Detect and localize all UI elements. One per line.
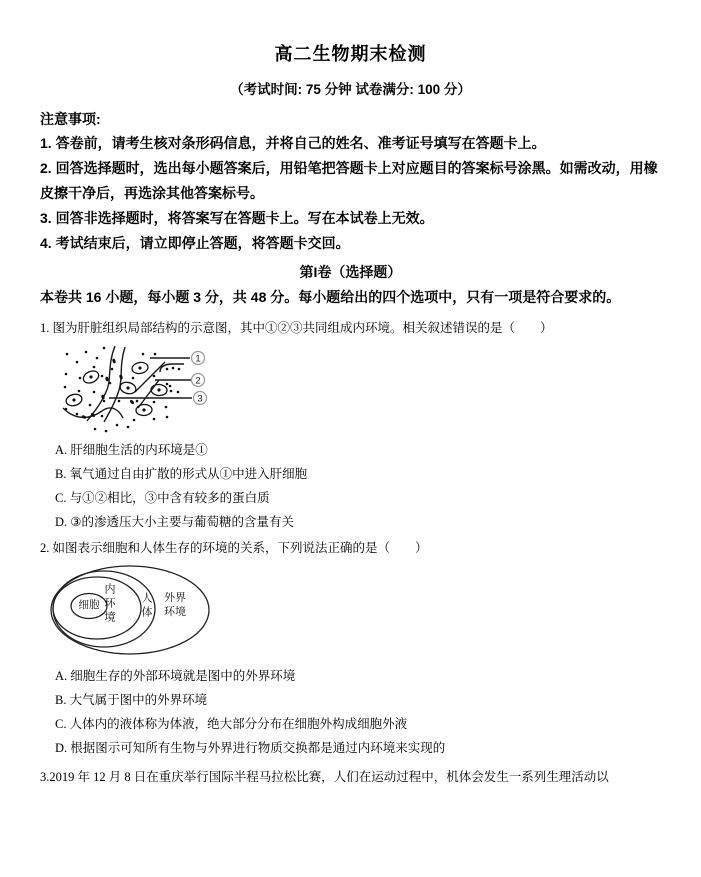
question-1-stem: 1. 图为肝脏组织局部结构的示意图，其中①②③共同组成内环境。相关叙述错误的是（… — [40, 318, 661, 338]
callout-3: 3 — [194, 392, 207, 405]
notice-heading: 注意事项: — [40, 108, 661, 131]
exam-title: 高二生物期末检测 — [40, 44, 661, 64]
question-2-option-d: D. 根据图示可知所有生物与外界进行物质交换都是通过内环境来实现的 — [55, 736, 661, 760]
exam-page: 高二生物期末检测 （考试时间: 75 分钟 试卷满分: 100 分） 注意事项:… — [0, 0, 701, 877]
liver-tissue-diagram: 1 2 3 — [52, 344, 212, 436]
callout-2: 2 — [192, 374, 205, 387]
question-1-option-a: A. 肝细胞生活的内环境是① — [55, 438, 661, 462]
question-2: 2. 如图表示细胞和人体生存的环境的关系，下列说法正确的是（ ） 细胞 内环境 … — [40, 538, 661, 760]
callout-1: 1 — [192, 352, 205, 365]
exam-info: （考试时间: 75 分钟 试卷满分: 100 分） — [40, 81, 661, 99]
question-2-option-a: A. 细胞生存的外部环境就是图中的外界环境 — [55, 664, 661, 688]
callout-2-number: 2 — [195, 375, 200, 386]
question-1-figure: 1 2 3 — [52, 344, 212, 436]
question-3-stem: 3.2019 年 12 月 8 日在重庆举行国际半程马拉松比赛，人们在运动过程中… — [40, 767, 661, 787]
notice-item-3: 3. 回答非选择题时，将答案写在答题卡上。写在本试卷上无效。 — [40, 206, 661, 231]
section-intro: 本卷共 16 小题，每小题 3 分，共 48 分。每小题给出的四个选项中，只有一… — [40, 285, 661, 310]
question-1-option-d: D. ③的渗透压大小主要与葡萄糖的含量有关 — [55, 510, 661, 534]
question-2-options: A. 细胞生存的外部环境就是图中的外界环境 B. 大气属于图中的外界环境 C. … — [40, 664, 661, 760]
notice-section: 注意事项: 1. 答卷前，请考生核对条形码信息，并将自己的姓名、准考证号填写在答… — [40, 108, 661, 256]
question-2-option-c: C. 人体内的液体称为体液，绝大部分分布在细胞外构成细胞外液 — [55, 712, 661, 736]
question-2-option-b: B. 大气属于图中的外界环境 — [55, 688, 661, 712]
question-1: 1. 图为肝脏组织局部结构的示意图，其中①②③共同组成内环境。相关叙述错误的是（… — [40, 318, 661, 534]
notice-item-1: 1. 答卷前，请考生核对条形码信息，并将自己的姓名、准考证号填写在答题卡上。 — [40, 131, 661, 156]
question-1-option-c: C. 与①②相比，③中含有较多的蛋白质 — [55, 486, 661, 510]
question-1-options: A. 肝细胞生活的内环境是① B. 氧气通过自由扩散的形式从①中进入肝细胞 C.… — [40, 438, 661, 534]
notice-item-4: 4. 考试结束后，请立即停止答题，将答题卡交回。 — [40, 231, 661, 256]
question-1-option-b: B. 氧气通过自由扩散的形式从①中进入肝细胞 — [55, 462, 661, 486]
callout-3-number: 3 — [197, 393, 202, 404]
question-2-stem: 2. 如图表示细胞和人体生存的环境的关系，下列说法正确的是（ ） — [40, 538, 661, 558]
question-2-figure: 细胞 内环境 人体 外界环境 — [45, 562, 215, 656]
external-environment-label: 外界环境 — [164, 591, 190, 619]
internal-environment-label: 内环境 — [102, 583, 116, 635]
notice-item-2: 2. 回答选择题时，选出每小题答案后，用铅笔把答题卡上对应题目的答案标号涂黑。如… — [40, 156, 661, 206]
callout-1-number: 1 — [195, 353, 200, 364]
section-heading: 第I卷（选择题） — [40, 260, 661, 285]
human-body-label: 人体 — [139, 592, 153, 628]
